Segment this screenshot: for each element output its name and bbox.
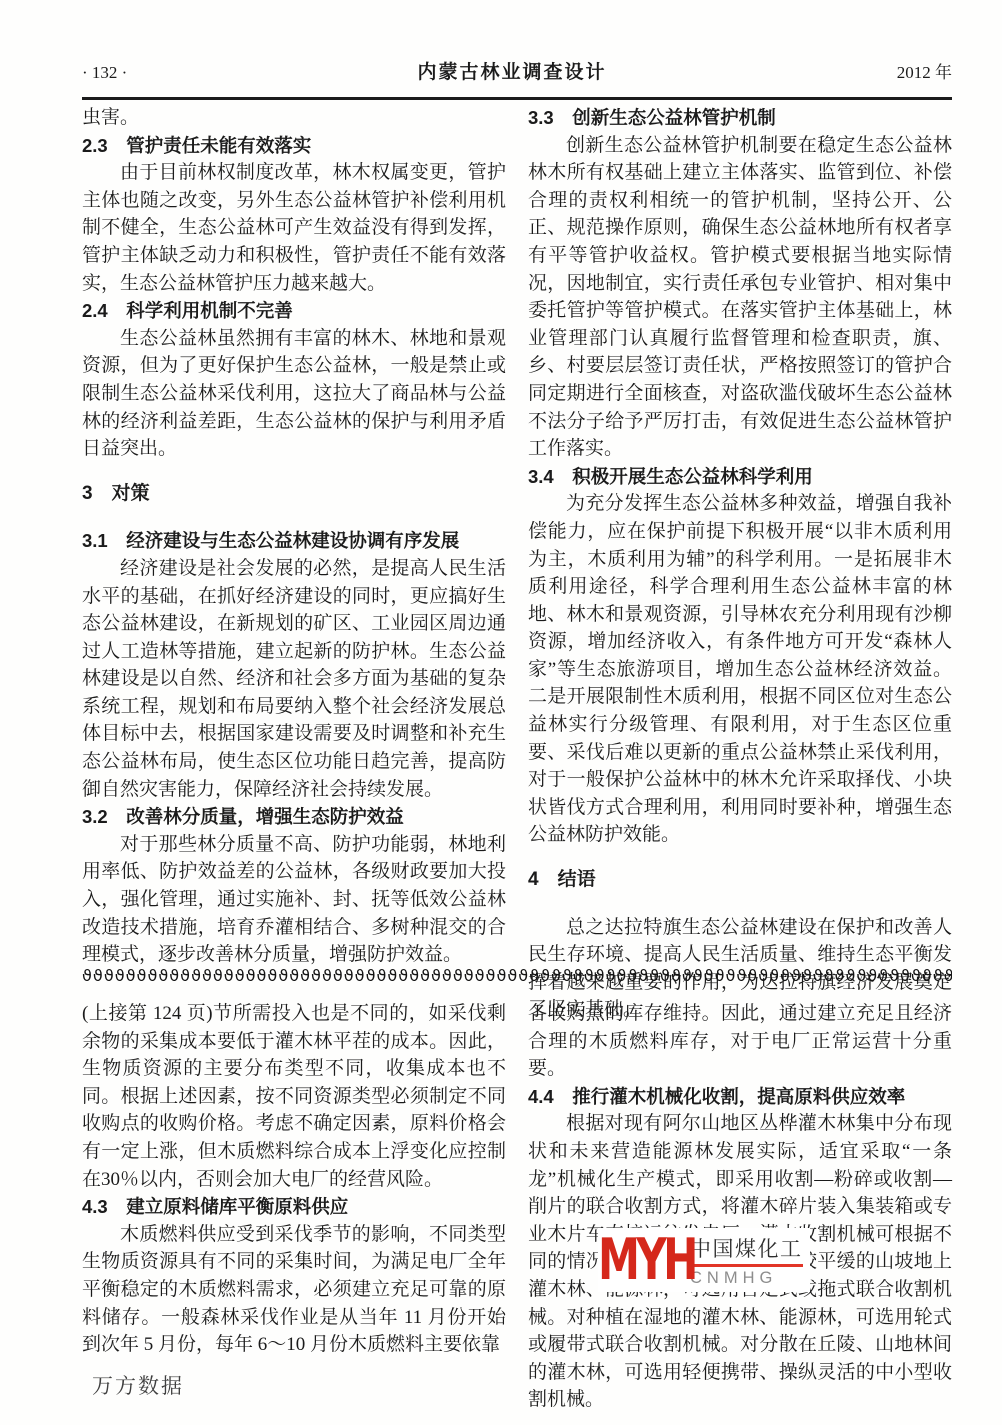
continuation-line: 虫害。 [82, 104, 506, 132]
watermark-brand-cn: 中国煤化工 [690, 1233, 803, 1263]
paragraph-4-3: 木质燃料供应受到采伐季节的影响，不同类型生物质资源具有不同的采集时间，为满足电厂… [82, 1221, 506, 1359]
section-divider-ornament: ϑϑϑϑϑϑϑϑϑϑϑϑϑϑϑϑϑϑϑϑϑϑϑϑϑϑϑϑϑϑϑϑϑϑϑϑϑϑϑϑ… [82, 966, 952, 988]
watermark-text-block: 中国煤化工 CNMHG [690, 1233, 803, 1288]
paragraph-3-3: 创新生态公益林管护机制要在稳定生态公益林林木所有权基础上建立主体落实、监管到位、… [528, 132, 952, 463]
page-number: · 132 · [82, 63, 127, 83]
heading-3-4: 3.4 积极开展生态公益林科学利用 [528, 463, 952, 491]
cnmhg-logo-letters: MYH [598, 1230, 695, 1290]
heading-2-4: 2.4 科学利用机制不完善 [82, 297, 506, 325]
article-top-section: 虫害。 2.3 管护责任未能有效落实 由于目前林权制度改革，林木权属变更，管护主… [82, 104, 952, 1024]
cnmhg-logo-icon: MYH [598, 1230, 688, 1290]
heading-2-3: 2.3 管护责任未能有效落实 [82, 132, 506, 160]
paragraph-3-1: 经济建设是社会发展的必然，是提高人民生活水平的基础，在抓好经济建设的同时，更应搞… [82, 555, 506, 803]
left-column-top: 虫害。 2.3 管护责任未能有效落实 由于目前林权制度改革，林木权属变更，管护主… [82, 104, 506, 1024]
paragraph-3-2: 对于那些林分质量不高、防护功能弱，林地利用率低、防护效益差的公益林，各级财政要加… [82, 831, 506, 969]
watermark-brand-en: CNMHG [690, 1269, 803, 1288]
journal-title: 内蒙古林业调查设计 [418, 57, 607, 84]
heading-3-2: 3.2 改善林分质量，增强生态防护效益 [82, 803, 506, 831]
wanfang-data-mark: 万方数据 [92, 1370, 184, 1400]
chapter-heading-3: 3 对策 [82, 480, 506, 508]
watermark-underline [690, 1264, 803, 1267]
paragraph-3-4: 为充分发挥生态公益林多种效益，增强自我补偿能力，应在保护前提下积极开展“以非木质… [528, 490, 952, 849]
left-column-bottom: (上接第 124 页)节所需投入也是不同的，如采伐剩余物的采集成本要低于灌木林平… [82, 1000, 506, 1414]
right-column-bottom: 各收购点的库存维持。因此，通过建立充足且经济合理的木质燃料库存，对于电厂正常运营… [528, 1000, 952, 1414]
heading-3-1: 3.1 经济建设与生态公益林建设协调有序发展 [82, 527, 506, 555]
paragraph-2-3: 由于目前林权制度改革，林木权属变更，管护主体也随之改变，另外生态公益林管护补偿利… [82, 159, 506, 297]
continuation-paragraph: 各收购点的库存维持。因此，通过建立充足且经济合理的木质燃料库存，对于电厂正常运营… [528, 1000, 952, 1083]
page-header: · 132 · 内蒙古林业调查设计 2012 年 [82, 57, 952, 84]
right-column-top: 3.3 创新生态公益林管护机制 创新生态公益林管护机制要在稳定生态公益林林木所有… [528, 104, 952, 1024]
heading-4-4: 4.4 推行灌木机械化收割，提高原料供应效率 [528, 1083, 952, 1111]
chapter-heading-4: 4 结语 [528, 866, 952, 894]
heading-3-3: 3.3 创新生态公益林管护机制 [528, 104, 952, 132]
continued-paragraph: (上接第 124 页)节所需投入也是不同的，如采伐剩余物的采集成本要低于灌木林平… [82, 1000, 506, 1193]
heading-4-3: 4.3 建立原料储库平衡原料供应 [82, 1193, 506, 1221]
header-year: 2012 年 [897, 58, 952, 83]
header-rule [82, 97, 952, 100]
article-bottom-section: (上接第 124 页)节所需投入也是不同的，如采伐剩余物的采集成本要低于灌木林平… [82, 1000, 952, 1414]
paragraph-2-4: 生态公益林虽然拥有丰富的林木、林地和景观资源，但为了更好保护生态公益林，一般是禁… [82, 325, 506, 463]
cnmhg-watermark: MYH 中国煤化工 CNMHG [598, 1228, 810, 1292]
scanned-journal-page: · 132 · 内蒙古林业调查设计 2012 年 虫害。 2.3 管护责任未能有… [0, 0, 1002, 1425]
